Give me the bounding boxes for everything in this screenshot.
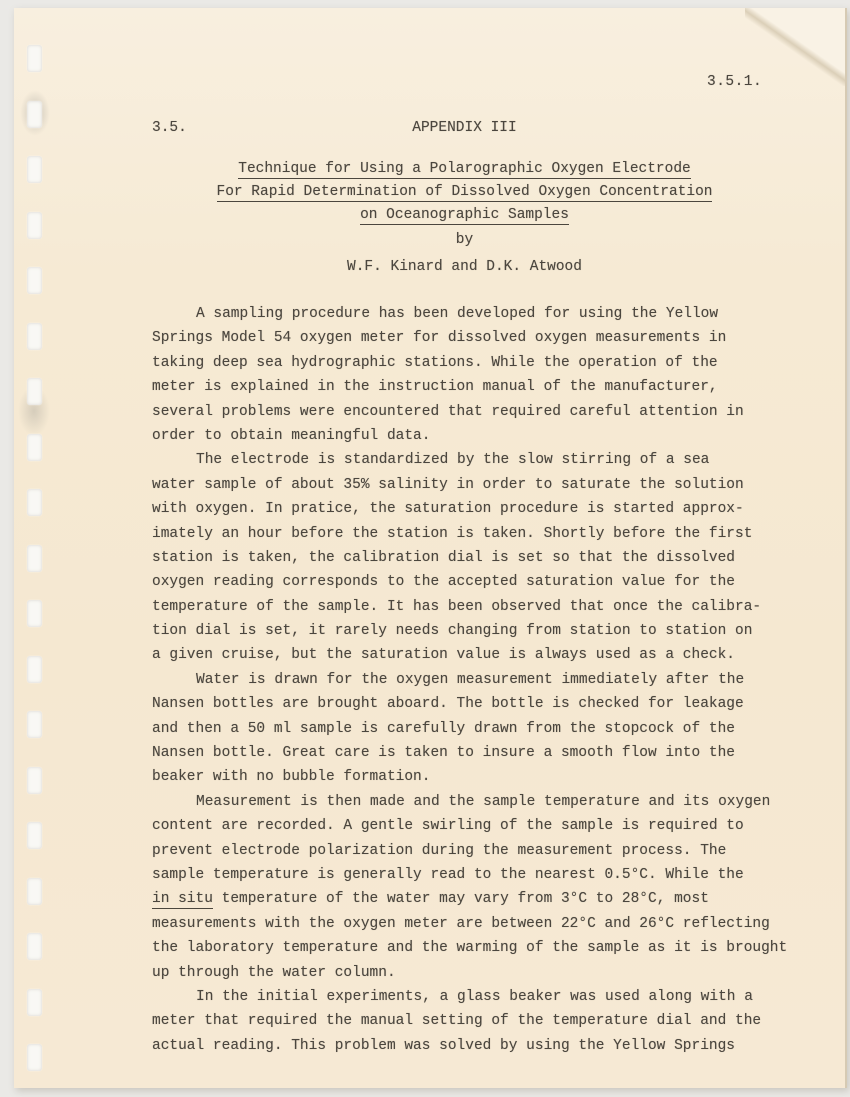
binding-hole — [27, 45, 42, 72]
text-line: tion dial is set, it rarely needs changi… — [152, 619, 832, 643]
title-line-text-1: Technique for Using a Polarographic Oxyg… — [238, 161, 690, 179]
paragraph: Water is drawn for the oxygen measuremen… — [152, 668, 832, 790]
paragraph: The electrode is standardized by the slo… — [152, 448, 832, 668]
text-line: order to obtain meaningful data. — [152, 424, 832, 448]
title-line: For Rapid Determination of Dissolved Oxy… — [152, 181, 777, 204]
paragraph: In the initial experiments, a glass beak… — [152, 985, 832, 1058]
text-line: In the initial experiments, a glass beak… — [152, 985, 832, 1009]
title-line-text-2: For Rapid Determination of Dissolved Oxy… — [217, 184, 713, 202]
binding-hole — [27, 489, 42, 516]
text-line: meter that required the manual setting o… — [152, 1009, 832, 1033]
text-line: a given cruise, but the saturation value… — [152, 643, 832, 667]
text-line: temperature of the sample. It has been o… — [152, 595, 832, 619]
paragraph: Measurement is then made and the sample … — [152, 790, 832, 985]
text-line: Springs Model 54 oxygen meter for dissol… — [152, 326, 832, 350]
binding-hole — [27, 878, 42, 905]
page-number: 3.5.1. — [707, 74, 762, 90]
binding-hole — [27, 600, 42, 627]
binding-hole — [27, 212, 42, 239]
title-line: Technique for Using a Polarographic Oxyg… — [152, 158, 777, 181]
text-line: imately an hour before the station is ta… — [152, 522, 832, 546]
header-row: 3.5. APPENDIX III — [152, 120, 777, 136]
binding-hole — [27, 933, 42, 960]
title-line-text-3: on Oceanographic Samples — [360, 207, 569, 225]
binding-hole — [27, 822, 42, 849]
document-title: Technique for Using a Polarographic Oxyg… — [152, 158, 777, 227]
binding-hole — [27, 267, 42, 294]
text-line: taking deep sea hydrographic stations. W… — [152, 351, 832, 375]
binding-hole — [27, 1044, 42, 1071]
text-line: Water is drawn for the oxygen measuremen… — [152, 668, 832, 692]
text-line: actual reading. This problem was solved … — [152, 1034, 832, 1058]
text-line: Measurement is then made and the sample … — [152, 790, 832, 814]
byline: by — [152, 232, 777, 248]
binding-hole — [27, 101, 42, 128]
text-line: A sampling procedure has been developed … — [152, 302, 832, 326]
binding-hole — [27, 434, 42, 461]
title-line: on Oceanographic Samples — [152, 204, 777, 227]
binding-hole — [27, 378, 42, 405]
authors: W.F. Kinard and D.K. Atwood — [152, 259, 777, 275]
text-line: content are recorded. A gentle swirling … — [152, 814, 832, 838]
text-line: The electrode is standardized by the slo… — [152, 448, 832, 472]
text-line: Nansen bottle. Great care is taken to in… — [152, 741, 832, 765]
text-line: with oxygen. In pratice, the saturation … — [152, 497, 832, 521]
binding-hole — [27, 989, 42, 1016]
text-line: in situ temperature of the water may var… — [152, 887, 832, 911]
text-line: measurements with the oxygen meter are b… — [152, 912, 832, 936]
text-line: up through the water column. — [152, 961, 832, 985]
binding-hole — [27, 156, 42, 183]
underlined-phrase: in situ — [152, 891, 213, 909]
text-line: prevent electrode polarization during th… — [152, 839, 832, 863]
text-line: sample temperature is generally read to … — [152, 863, 832, 887]
text-line: oxygen reading corresponds to the accept… — [152, 570, 832, 594]
appendix-heading: APPENDIX III — [412, 120, 516, 136]
text-line: meter is explained in the instruction ma… — [152, 375, 832, 399]
section-number: 3.5. — [152, 120, 187, 136]
document-body: A sampling procedure has been developed … — [152, 302, 832, 1058]
text-line: station is taken, the calibration dial i… — [152, 546, 832, 570]
text-line: the laboratory temperature and the warmi… — [152, 936, 832, 960]
paragraph: A sampling procedure has been developed … — [152, 302, 832, 448]
binding-hole — [27, 767, 42, 794]
text-line: and then a 50 ml sample is carefully dra… — [152, 717, 832, 741]
binding-hole — [27, 711, 42, 738]
text-line: Nansen bottles are brought aboard. The b… — [152, 692, 832, 716]
text-line: water sample of about 35% salinity in or… — [152, 473, 832, 497]
text-line: several problems were encountered that r… — [152, 400, 832, 424]
binding-hole — [27, 656, 42, 683]
text-line: beaker with no bubble formation. — [152, 765, 832, 789]
binding-hole — [27, 323, 42, 350]
binding-hole — [27, 545, 42, 572]
document-page: 3.5.1. 3.5. APPENDIX III Technique for U… — [14, 8, 847, 1088]
text-segment: temperature of the water may vary from 3… — [213, 891, 709, 907]
